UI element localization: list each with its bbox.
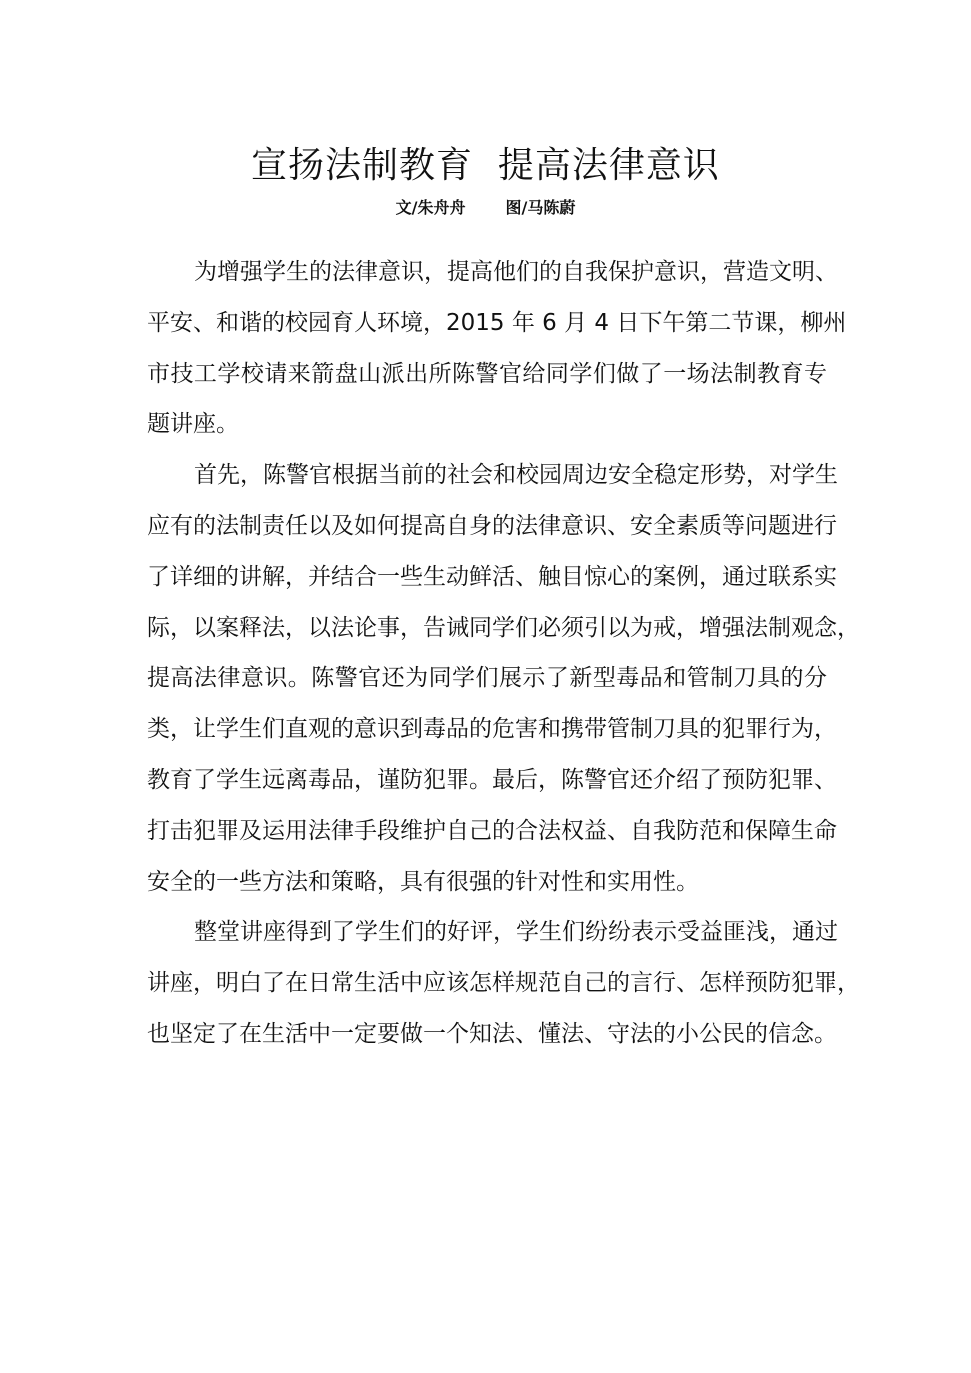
paragraph-line: 整堂讲座得到了学生们的好评，学生们纷纷表示受益匪浅，通过 <box>147 912 827 963</box>
paragraph-line: 安全的一些方法和策略，具有很强的针对性和实用性。 <box>147 862 827 913</box>
byline-photographer: 图/马陈蔚 <box>506 196 576 220</box>
article-title: 宣扬法制教育 提高法律意识 <box>0 142 971 190</box>
paragraph-line: 教育了学生远离毒品，谨防犯罪。最后，陈警官还介绍了预防犯罪、 <box>147 760 827 811</box>
paragraph-line: 讲座，明白了在日常生活中应该怎样规范自己的言行、怎样预防犯罪， <box>147 963 827 1014</box>
paragraph-line: 打击犯罪及运用法律手段维护自己的合法权益、自我防范和保障生命 <box>147 811 827 862</box>
paragraph-line: 际，以案释法，以法论事，告诫同学们必须引以为戒，增强法制观念， <box>147 608 827 659</box>
paragraph-line: 提高法律意识。陈警官还为同学们展示了新型毒品和管制刀具的分 <box>147 658 827 709</box>
paragraph-line: 首先，陈警官根据当前的社会和校园周边安全稳定形势，对学生 <box>147 455 827 506</box>
paragraph-3: 整堂讲座得到了学生们的好评，学生们纷纷表示受益匪浅，通过 讲座，明白了在日常生活… <box>147 912 827 1064</box>
paragraph-line: 了详细的讲解，并结合一些生动鲜活、触目惊心的案例，通过联系实 <box>147 557 827 608</box>
document-page: 宣扬法制教育 提高法律意识 文/朱舟舟图/马陈蔚 为增强学生的法律意识，提高他们… <box>0 0 971 1373</box>
paragraph-line: 类，让学生们直观的意识到毒品的危害和携带管制刀具的犯罪行为， <box>147 709 827 760</box>
paragraph-line: 平安、和谐的校园育人环境，2015 年 6 月 4 日下午第二节课，柳州 <box>147 303 827 354</box>
byline: 文/朱舟舟图/马陈蔚 <box>0 196 971 220</box>
paragraph-line: 市技工学校请来箭盘山派出所陈警官给同学们做了一场法制教育专 <box>147 354 827 405</box>
byline-author: 文/朱舟舟 <box>396 196 466 220</box>
paragraph-line: 应有的法制责任以及如何提高自身的法律意识、安全素质等问题进行 <box>147 506 827 557</box>
paragraph-line: 题讲座。 <box>147 404 827 455</box>
paragraph-line: 为增强学生的法律意识，提高他们的自我保护意识，营造文明、 <box>147 252 827 303</box>
paragraph-line: 也坚定了在生活中一定要做一个知法、懂法、守法的小公民的信念。 <box>147 1014 827 1065</box>
paragraph-1: 为增强学生的法律意识，提高他们的自我保护意识，营造文明、 平安、和谐的校园育人环… <box>147 252 827 455</box>
paragraph-2: 首先，陈警官根据当前的社会和校园周边安全稳定形势，对学生 应有的法制责任以及如何… <box>147 455 827 912</box>
article-body: 为增强学生的法律意识，提高他们的自我保护意识，营造文明、 平安、和谐的校园育人环… <box>147 252 827 1065</box>
